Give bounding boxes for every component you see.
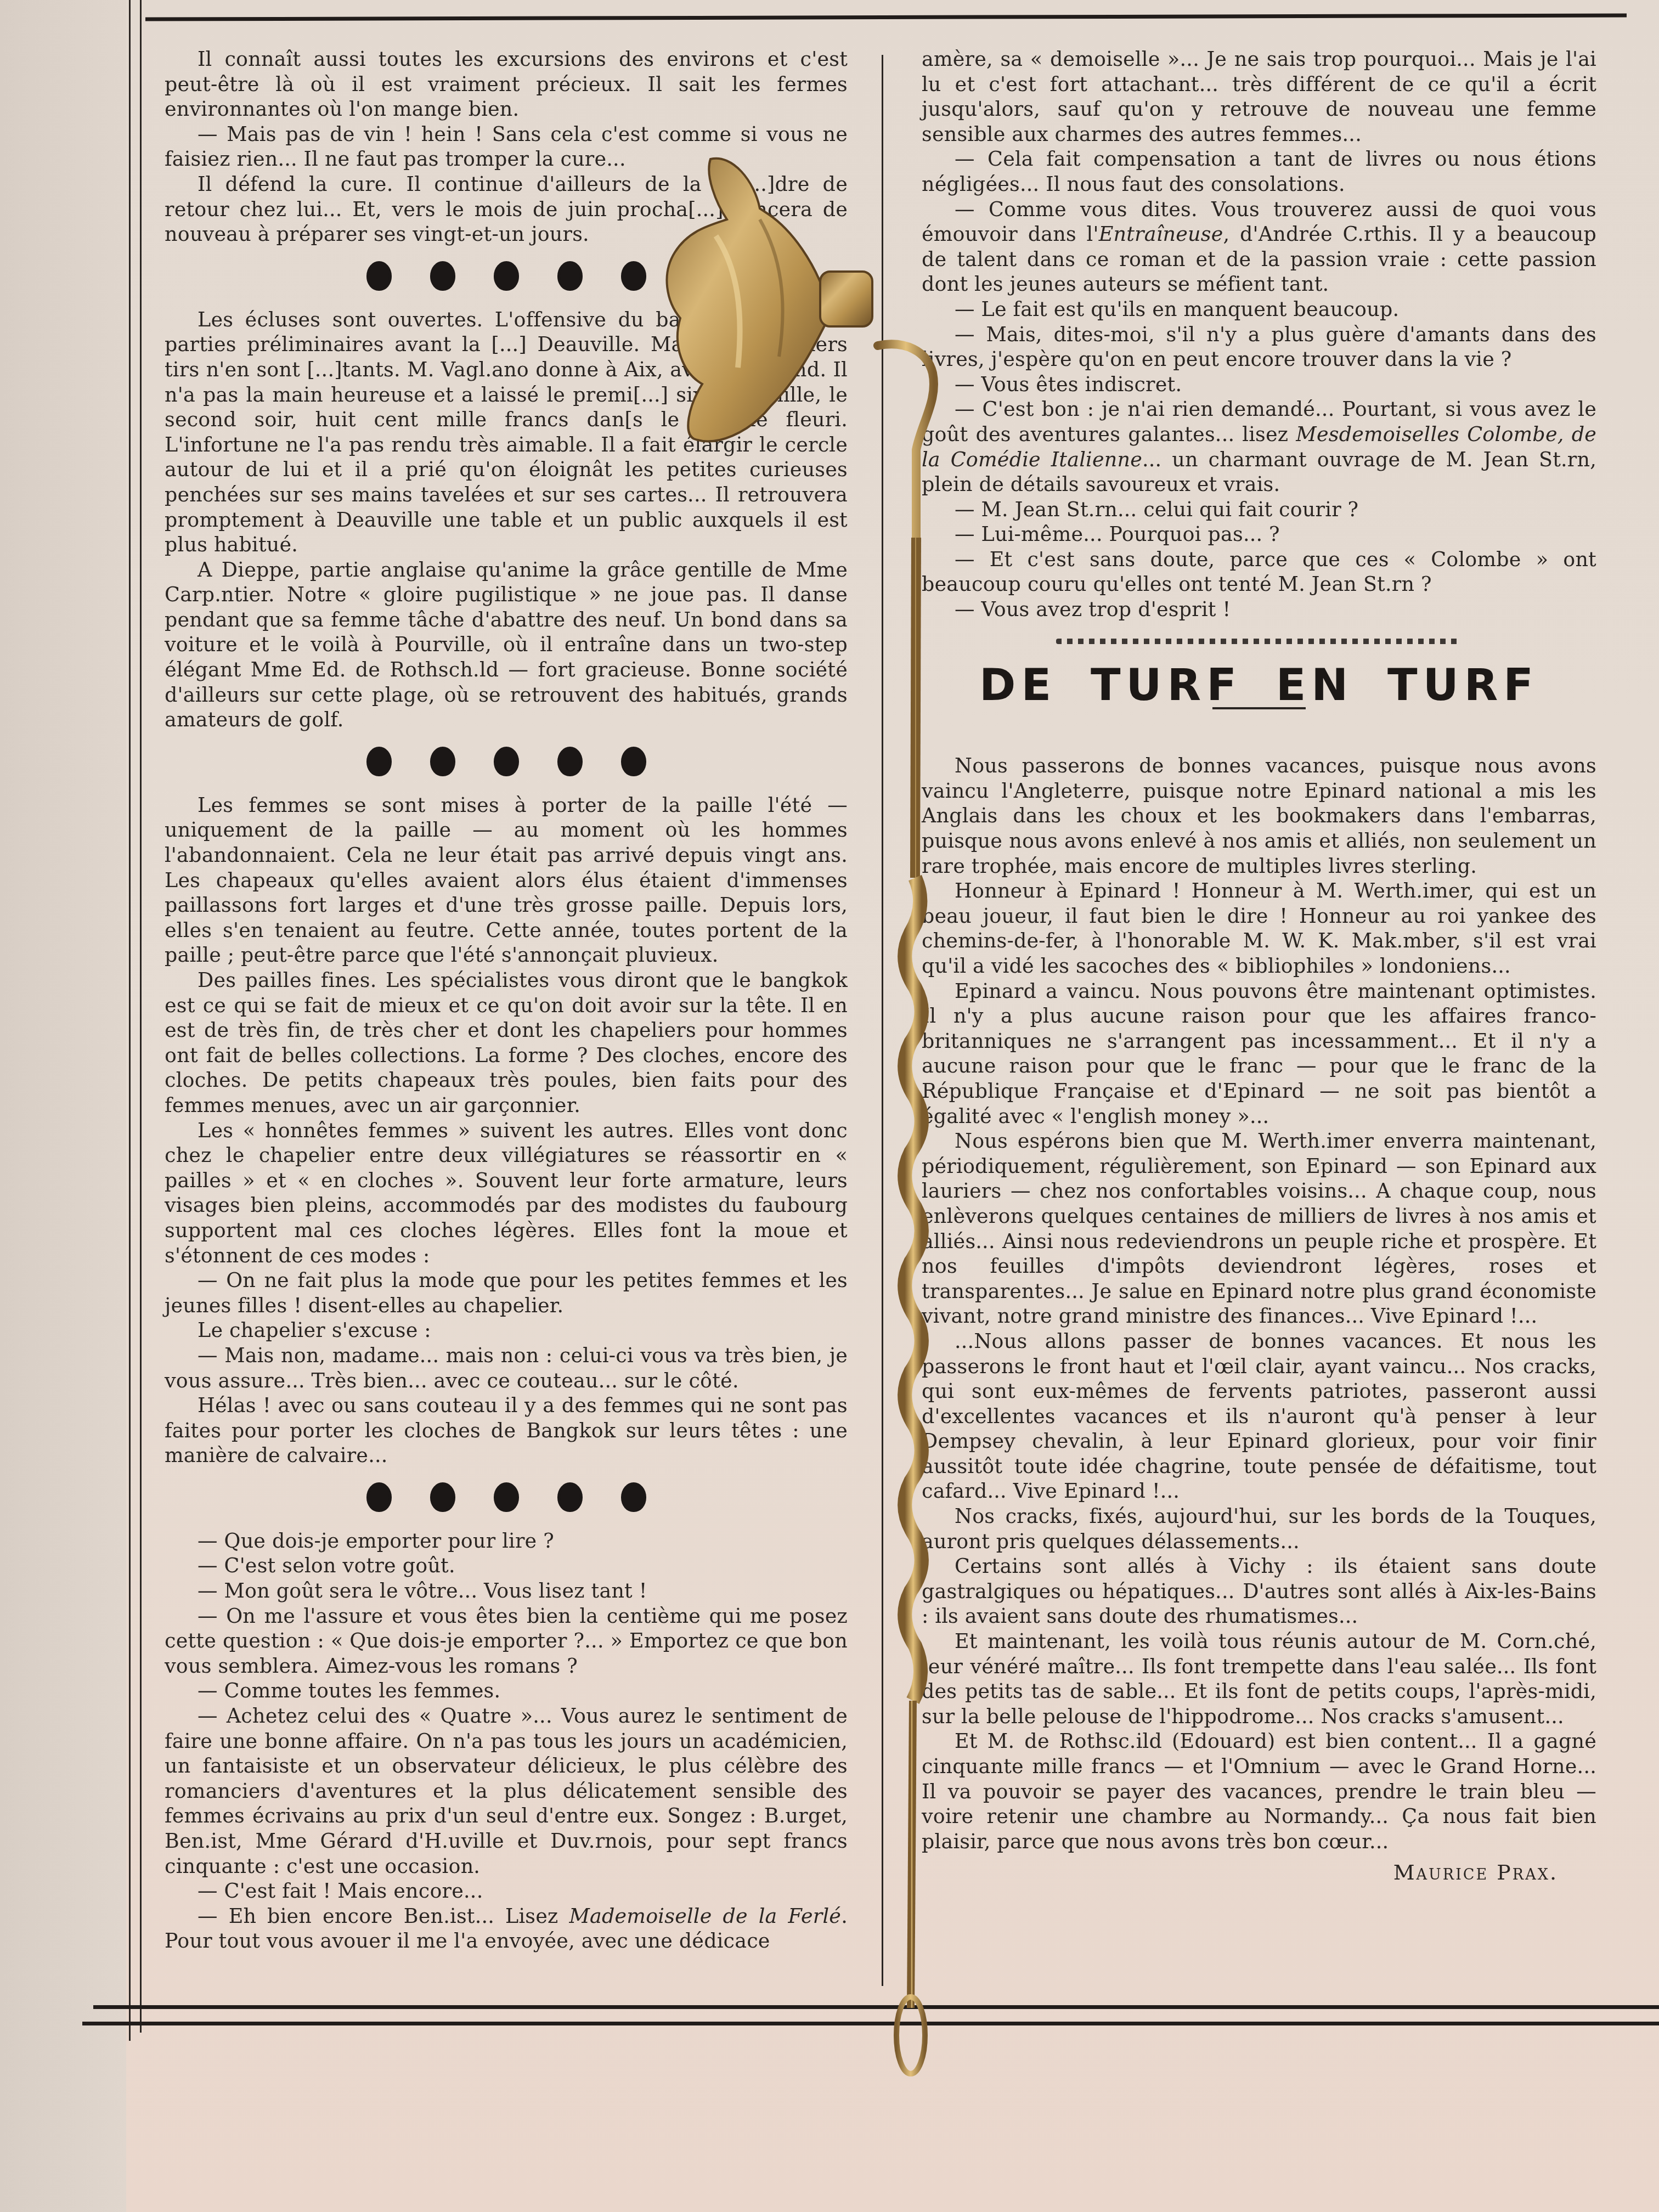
paragraph: Nous passerons de bonnes vacances, puisq… bbox=[922, 753, 1596, 878]
rose-ornament-icon bbox=[494, 1482, 519, 1512]
dialogue-line: — C'est selon votre goût. bbox=[165, 1553, 848, 1578]
rose-ornament-icon bbox=[621, 747, 646, 776]
paragraph: Il connaît aussi toutes les excursions d… bbox=[165, 47, 848, 122]
page-margin bbox=[0, 0, 126, 2212]
paragraph: Nos cracks, fixés, aujourd'hui, sur les … bbox=[922, 1504, 1596, 1554]
rose-ornament-icon bbox=[430, 747, 455, 776]
paragraph: Le chapelier s'excuse : bbox=[165, 1318, 848, 1343]
wavy-divider bbox=[1056, 639, 1462, 644]
ornament-row bbox=[165, 1482, 848, 1512]
dialogue-line: — Mon goût sera le vôtre... Vous lisez t… bbox=[165, 1578, 848, 1604]
paragraph: Hélas ! avec ou sans couteau il y a des … bbox=[165, 1393, 848, 1468]
paragraph: Et maintenant, les voilà tous réunis aut… bbox=[922, 1629, 1596, 1729]
book-title: Entraîneuse bbox=[1099, 222, 1223, 246]
dialogue-line: — Lui-même... Pourquoi pas... ? bbox=[922, 522, 1596, 547]
right-column: amère, sa « demoiselle »... Je ne sais t… bbox=[922, 47, 1596, 1886]
dialogue-line: — Vous êtes indiscret. bbox=[922, 372, 1596, 397]
paragraph: Les femmes se sont mises à porter de la … bbox=[165, 793, 848, 968]
dialogue-line: — Eh bien encore Ben.ist... Lisez Mademo… bbox=[165, 1904, 848, 1954]
paragraph: Honneur à Epinard ! Honneur à M. Werth.i… bbox=[922, 878, 1596, 978]
rose-ornament-icon bbox=[366, 747, 392, 776]
paragraph: Des pailles fines. Les spécialistes vous… bbox=[165, 968, 848, 1118]
author-signature: Maurice Prax. bbox=[922, 1860, 1596, 1886]
book-title: Mademoiselle de la Ferlé bbox=[569, 1904, 841, 1928]
dialogue-line: — C'est bon : je n'ai rien demandé... Po… bbox=[922, 397, 1596, 496]
paragraph: A Dieppe, partie anglaise qu'anime la gr… bbox=[165, 557, 848, 732]
rose-ornament-icon bbox=[494, 261, 519, 291]
dialogue-line: — C'est fait ! Mais encore... bbox=[165, 1878, 848, 1904]
rose-ornament-icon bbox=[557, 1482, 583, 1512]
dialogue-line: — Mais, dites-moi, s'il n'y a plus guère… bbox=[922, 322, 1596, 372]
dialogue-line: — Cela fait compensation a tant de livre… bbox=[922, 146, 1596, 196]
rose-ornament-icon bbox=[366, 261, 392, 291]
paragraph: Certains sont allés à Vichy : ils étaien… bbox=[922, 1554, 1596, 1629]
dialogue-line: — Comme toutes les femmes. bbox=[165, 1678, 848, 1703]
rose-ornament-icon bbox=[430, 261, 455, 291]
ornament-row bbox=[165, 747, 848, 776]
dialogue-line: — Le fait est qu'ils en manquent beaucou… bbox=[922, 297, 1596, 322]
paragraph: Nous espérons bien que M. Werth.imer env… bbox=[922, 1128, 1596, 1329]
rose-ornament-icon bbox=[557, 261, 583, 291]
dialogue-line: — Et c'est sans doute, parce que ces « C… bbox=[922, 547, 1596, 597]
candle-snuffer-cone-icon bbox=[650, 148, 891, 455]
paragraph: Les « honnêtes femmes » suivent les autr… bbox=[165, 1118, 848, 1268]
paragraph: Et M. de Rothsc.ild (Edouard) est bien c… bbox=[922, 1729, 1596, 1854]
candle-snuffer-handle-icon bbox=[856, 329, 955, 2085]
paragraph: amère, sa « demoiselle »... Je ne sais t… bbox=[922, 47, 1596, 146]
rose-ornament-icon bbox=[366, 1482, 392, 1512]
rose-ornament-icon bbox=[430, 1482, 455, 1512]
dialogue-line: — Comme vous dites. Vous trouverez aussi… bbox=[922, 197, 1596, 297]
rose-ornament-icon bbox=[621, 1482, 646, 1512]
article-headline: DE TURF EN TURF bbox=[922, 673, 1596, 698]
dialogue-line: — Achetez celui des « Quatre »... Vous a… bbox=[165, 1703, 848, 1878]
rose-ornament-icon bbox=[557, 747, 583, 776]
rose-ornament-icon bbox=[494, 747, 519, 776]
dialogue-line: — Que dois-je emporter pour lire ? bbox=[165, 1528, 848, 1554]
rose-ornament-icon bbox=[621, 261, 646, 291]
paragraph: ...Nous allons passer de bonnes vacances… bbox=[922, 1329, 1596, 1504]
dialogue-line: — On ne fait plus la mode que pour les p… bbox=[165, 1268, 848, 1318]
dialogue-line: — M. Jean St.rn... celui qui fait courir… bbox=[922, 497, 1596, 522]
dialogue-text: — Eh bien encore Ben.ist... Lisez bbox=[198, 1904, 569, 1928]
dialogue-line: — Mais non, madame... mais non : celui-c… bbox=[165, 1343, 848, 1393]
dialogue-line: — Vous avez trop d'esprit ! bbox=[922, 597, 1596, 622]
dialogue-line: — On me l'assure et vous êtes bien la ce… bbox=[165, 1604, 848, 1679]
paragraph: Epinard a vaincu. Nous pouvons être main… bbox=[922, 979, 1596, 1129]
